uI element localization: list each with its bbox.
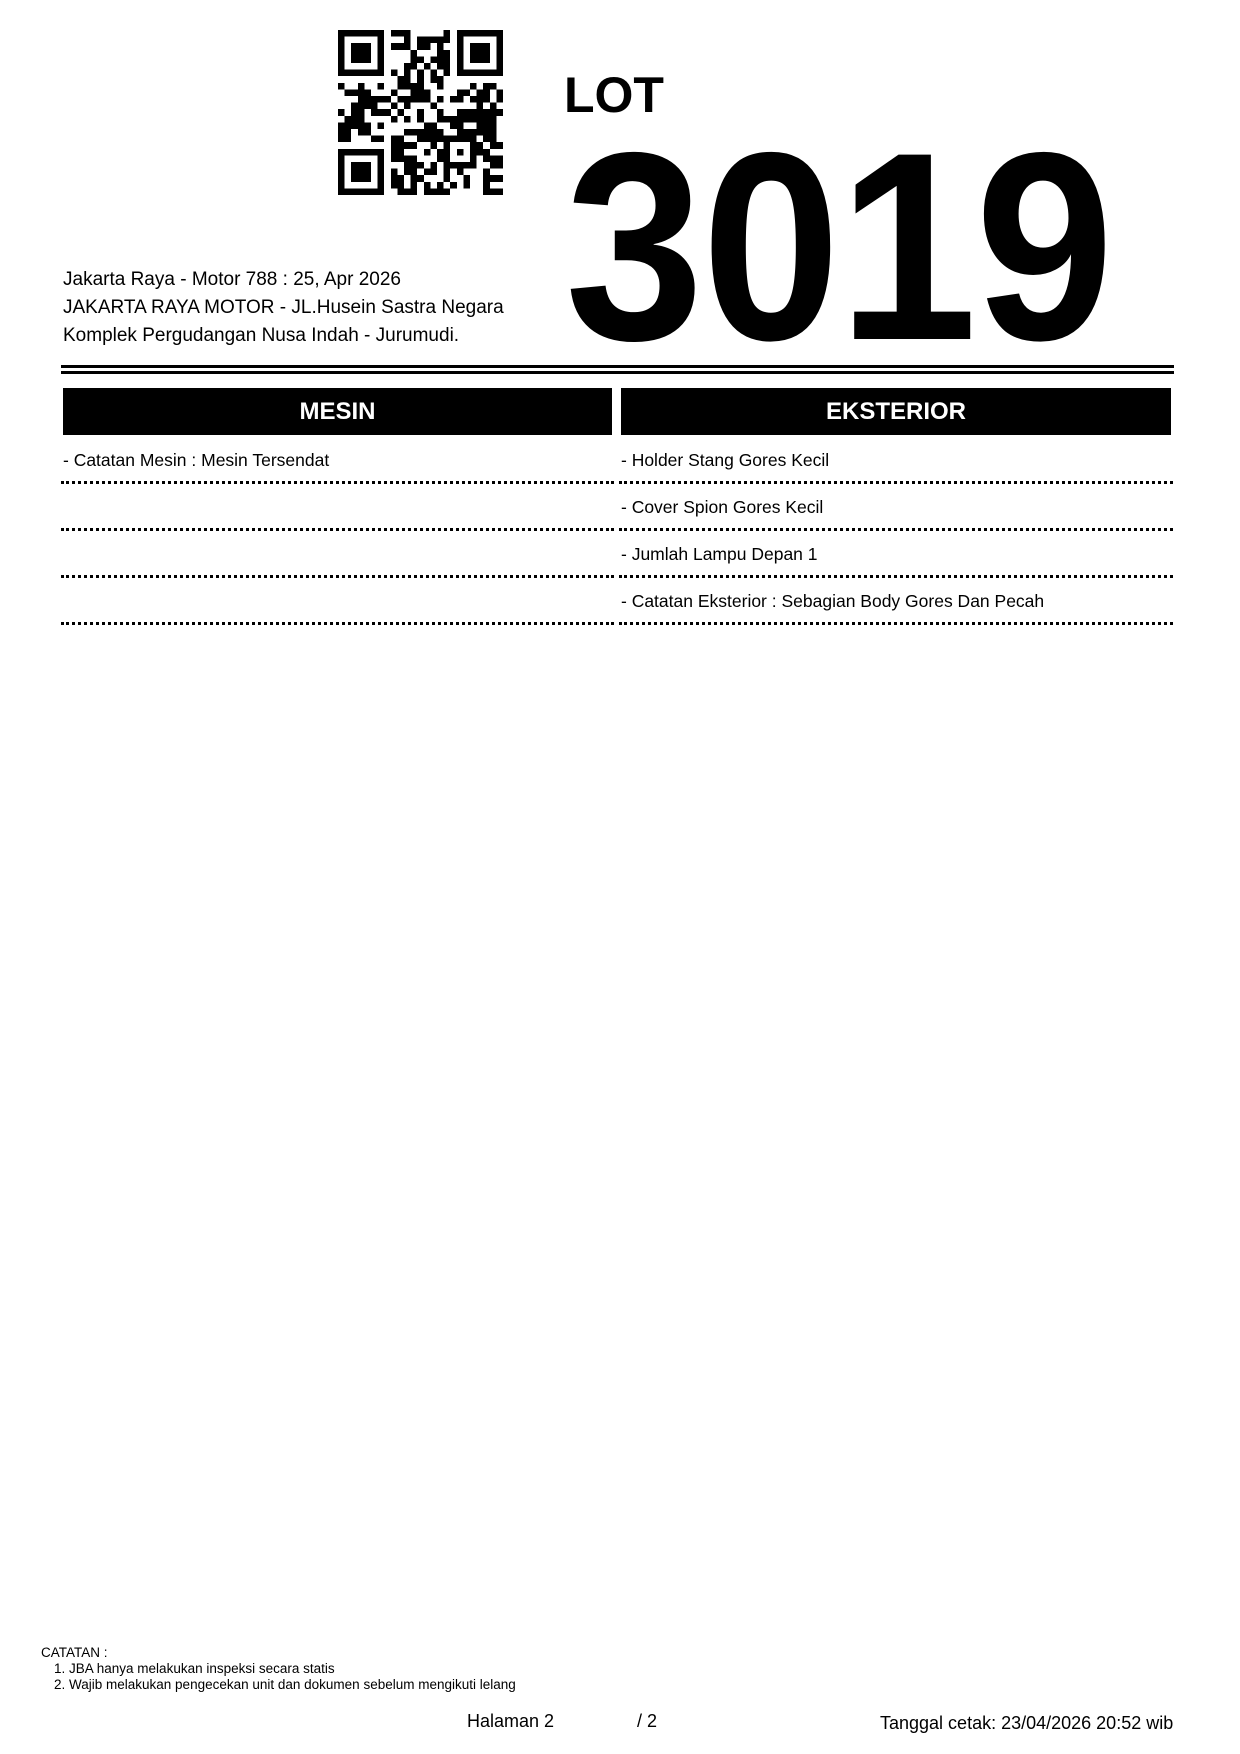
auction-title: Jakarta Raya - Motor 788 : 25, Apr 2026 bbox=[63, 266, 504, 294]
section-mesin: MESIN - Catatan Mesin : Mesin Tersendat bbox=[63, 388, 612, 625]
list-item: - Holder Stang Gores Kecil bbox=[619, 437, 1173, 484]
section-eksterior: EKSTERIOR - Holder Stang Gores Kecil - C… bbox=[621, 388, 1171, 625]
notes: CATATAN : 1. JBA hanya melakukan inspeks… bbox=[41, 1645, 516, 1693]
list-item: - Catatan Eksterior : Sebagian Body Gore… bbox=[619, 578, 1173, 625]
auction-info: Jakarta Raya - Motor 788 : 25, Apr 2026 … bbox=[63, 266, 504, 350]
section-title-mesin: MESIN bbox=[63, 388, 612, 435]
notes-title: CATATAN : bbox=[41, 1645, 516, 1661]
page-total: / 2 bbox=[637, 1711, 657, 1732]
list-item: - Catatan Mesin : Mesin Tersendat bbox=[61, 437, 614, 484]
note-item: 1. JBA hanya melakukan inspeksi secara s… bbox=[41, 1661, 516, 1677]
list-item bbox=[61, 484, 614, 531]
lot-number: 3019 bbox=[565, 112, 1112, 380]
qr-code-icon bbox=[338, 30, 503, 195]
print-date: Tanggal cetak: 23/04/2026 20:52 wib bbox=[880, 1713, 1173, 1734]
list-item: - Cover Spion Gores Kecil bbox=[619, 484, 1173, 531]
auction-address-line-2: Komplek Pergudangan Nusa Indah - Jurumud… bbox=[63, 322, 504, 350]
list-item: - Jumlah Lampu Depan 1 bbox=[619, 531, 1173, 578]
list-item bbox=[61, 578, 614, 625]
divider-bottom bbox=[61, 371, 1174, 374]
section-title-eksterior: EKSTERIOR bbox=[621, 388, 1171, 435]
auction-address-line-1: JAKARTA RAYA MOTOR - JL.Husein Sastra Ne… bbox=[63, 294, 504, 322]
note-item: 2. Wajib melakukan pengecekan unit dan d… bbox=[41, 1677, 516, 1693]
page-number: Halaman 2 bbox=[467, 1711, 554, 1732]
list-item bbox=[61, 531, 614, 578]
divider-top bbox=[61, 365, 1174, 368]
